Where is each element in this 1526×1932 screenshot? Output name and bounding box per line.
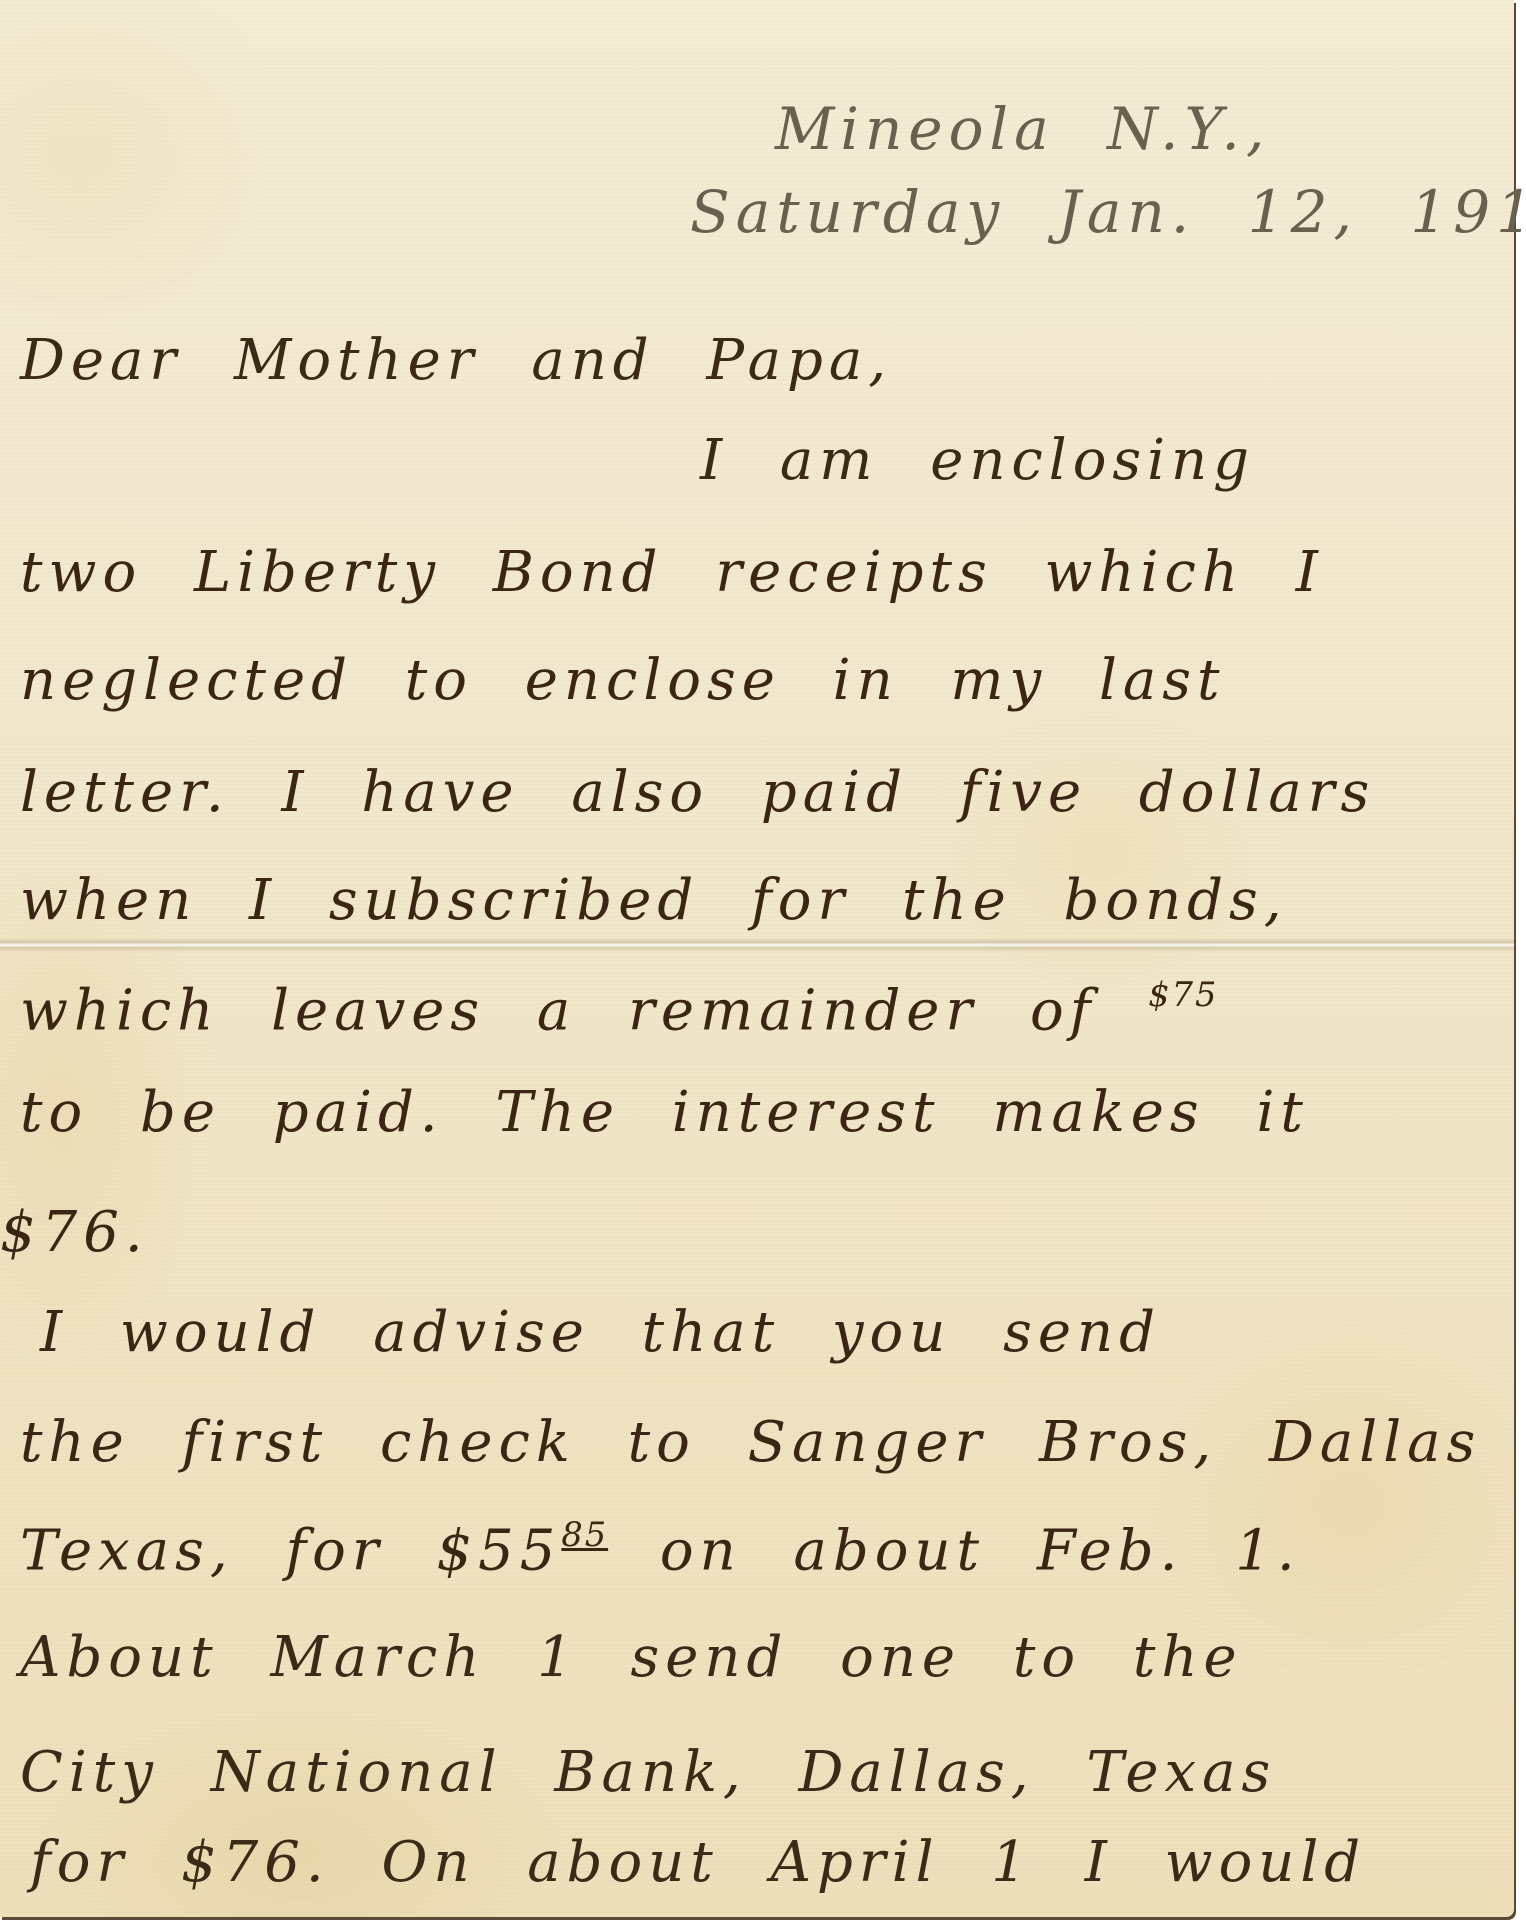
- body-line-2: two Liberty Bond receipts which I: [20, 540, 1324, 605]
- body-line-11-text: Texas, for: [20, 1519, 385, 1584]
- body-line-12: About March 1 send one to the: [20, 1625, 1243, 1690]
- first-check-dollars: $55: [436, 1519, 561, 1584]
- letter-paper: Mineola N.Y., Saturday Jan. 12, 1918. De…: [0, 0, 1514, 1917]
- fold-crease: [0, 938, 1514, 952]
- body-line-1: I am enclosing: [700, 428, 1255, 493]
- body-line-3: neglected to enclose in my last: [20, 648, 1226, 713]
- body-line-8: $76.: [0, 1200, 149, 1265]
- body-line-11-tail: on about Feb. 1.: [660, 1519, 1301, 1584]
- body-line-5: when I subscribed for the bonds,: [20, 868, 1288, 933]
- heading-date: Saturday Jan. 12, 1918.: [690, 178, 1526, 246]
- body-line-4: letter. I have also paid five dollars: [20, 760, 1375, 825]
- salutation: Dear Mother and Papa,: [20, 328, 892, 393]
- heading-place: Mineola N.Y.,: [775, 95, 1270, 163]
- body-line-10: the first check to Sanger Bros, Dallas: [20, 1410, 1481, 1475]
- body-line-14: for $76. On about April 1 I would: [30, 1830, 1366, 1895]
- body-line-11: Texas, for $5585 on about Feb. 1.: [20, 1515, 1301, 1584]
- body-line-9: I would advise that you send: [40, 1300, 1161, 1365]
- body-line-6: which leaves a remainder of $75: [20, 975, 1218, 1044]
- remainder-amount: $75: [1148, 975, 1218, 1014]
- first-check-cents: 85: [561, 1515, 608, 1554]
- body-line-7: to be paid. The interest makes it: [20, 1080, 1309, 1145]
- body-line-13: City National Bank, Dallas, Texas: [20, 1740, 1276, 1805]
- body-line-6-text: which leaves a remainder of: [20, 979, 1096, 1044]
